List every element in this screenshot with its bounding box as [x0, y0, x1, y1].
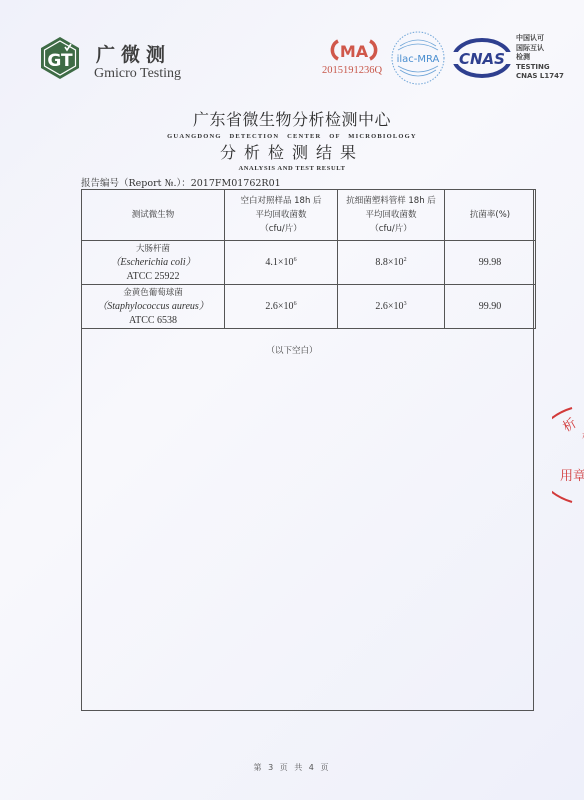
svg-text:ilac-MRA: ilac-MRA: [397, 54, 440, 65]
control-count-cell: 2.6×106: [225, 285, 338, 329]
page-number: 第 3 页 共 4 页: [0, 762, 584, 773]
doc-title-cn: 分析检测结果: [0, 140, 584, 163]
report-number-label: 报告编号（Report №.）：: [81, 178, 191, 189]
cnas-logo-icon: CNAS: [452, 38, 512, 78]
cma-mark-icon: MA: [328, 38, 380, 62]
table-row: 大肠杆菌 （Escherichia coli） ATCC 25922 4.1×1…: [82, 241, 536, 285]
gt-logo-icon: GT: [38, 36, 82, 80]
svg-text:CNAS: CNAS: [459, 50, 505, 68]
sample-count-cell: 8.8×102: [338, 241, 445, 285]
svg-text:MA: MA: [340, 42, 369, 61]
logo-name-en: Gmicro Testing: [94, 66, 181, 82]
header-control-count: 空白对照样品 18h 后 平均回收菌数 （cfu/片）: [225, 190, 338, 241]
header-organism: 测试微生物: [82, 190, 225, 241]
official-seal-icon: 析 检 用章: [552, 400, 584, 510]
rate-cell: 99.90: [445, 285, 536, 329]
organism-cell: 金黄色葡萄球菌 （Staphylococcus aureus） ATCC 653…: [82, 285, 225, 329]
header-sample-count: 抗细菌塑料管样 18h 后 平均回收菌数 （cfu/片）: [338, 190, 445, 241]
results-table: 测试微生物 空白对照样品 18h 后 平均回收菌数 （cfu/片） 抗细菌塑料管…: [81, 189, 536, 329]
logo-name-cn: 广微测: [96, 40, 171, 67]
svg-text:用章: 用章: [560, 468, 584, 484]
org-title-cn: 广东省微生物分析检测中心: [0, 107, 584, 130]
svg-text:GT: GT: [47, 51, 73, 71]
ilac-mra-icon: ilac-MRA: [390, 30, 446, 86]
cnas-accreditation-text: 中国认可 国际互认 检测 TESTING CNAS L1747: [516, 34, 564, 82]
organism-cell: 大肠杆菌 （Escherichia coli） ATCC 25922: [82, 241, 225, 285]
sample-count-cell: 2.6×103: [338, 285, 445, 329]
blank-below-note: （以下空白）: [0, 344, 584, 356]
header-antibacterial-rate: 抗菌率(%): [445, 190, 536, 241]
report-number-line: 报告编号（Report №.）：2017FM01762R01: [81, 175, 281, 189]
control-count-cell: 4.1×106: [225, 241, 338, 285]
table-header-row: 测试微生物 空白对照样品 18h 后 平均回收菌数 （cfu/片） 抗细菌塑料管…: [82, 190, 536, 241]
org-title-en: GUANGDONG DETECTION CENTER OF MICROBIOLO…: [0, 133, 584, 140]
table-row: 金黄色葡萄球菌 （Staphylococcus aureus） ATCC 653…: [82, 285, 536, 329]
report-number-value: 2017FM01762R01: [191, 178, 281, 189]
rate-cell: 99.98: [445, 241, 536, 285]
cma-number: 2015191236Q: [322, 65, 382, 76]
svg-text:析: 析: [560, 415, 579, 435]
doc-title-en: ANALYSIS AND TEST RESULT: [0, 165, 584, 172]
